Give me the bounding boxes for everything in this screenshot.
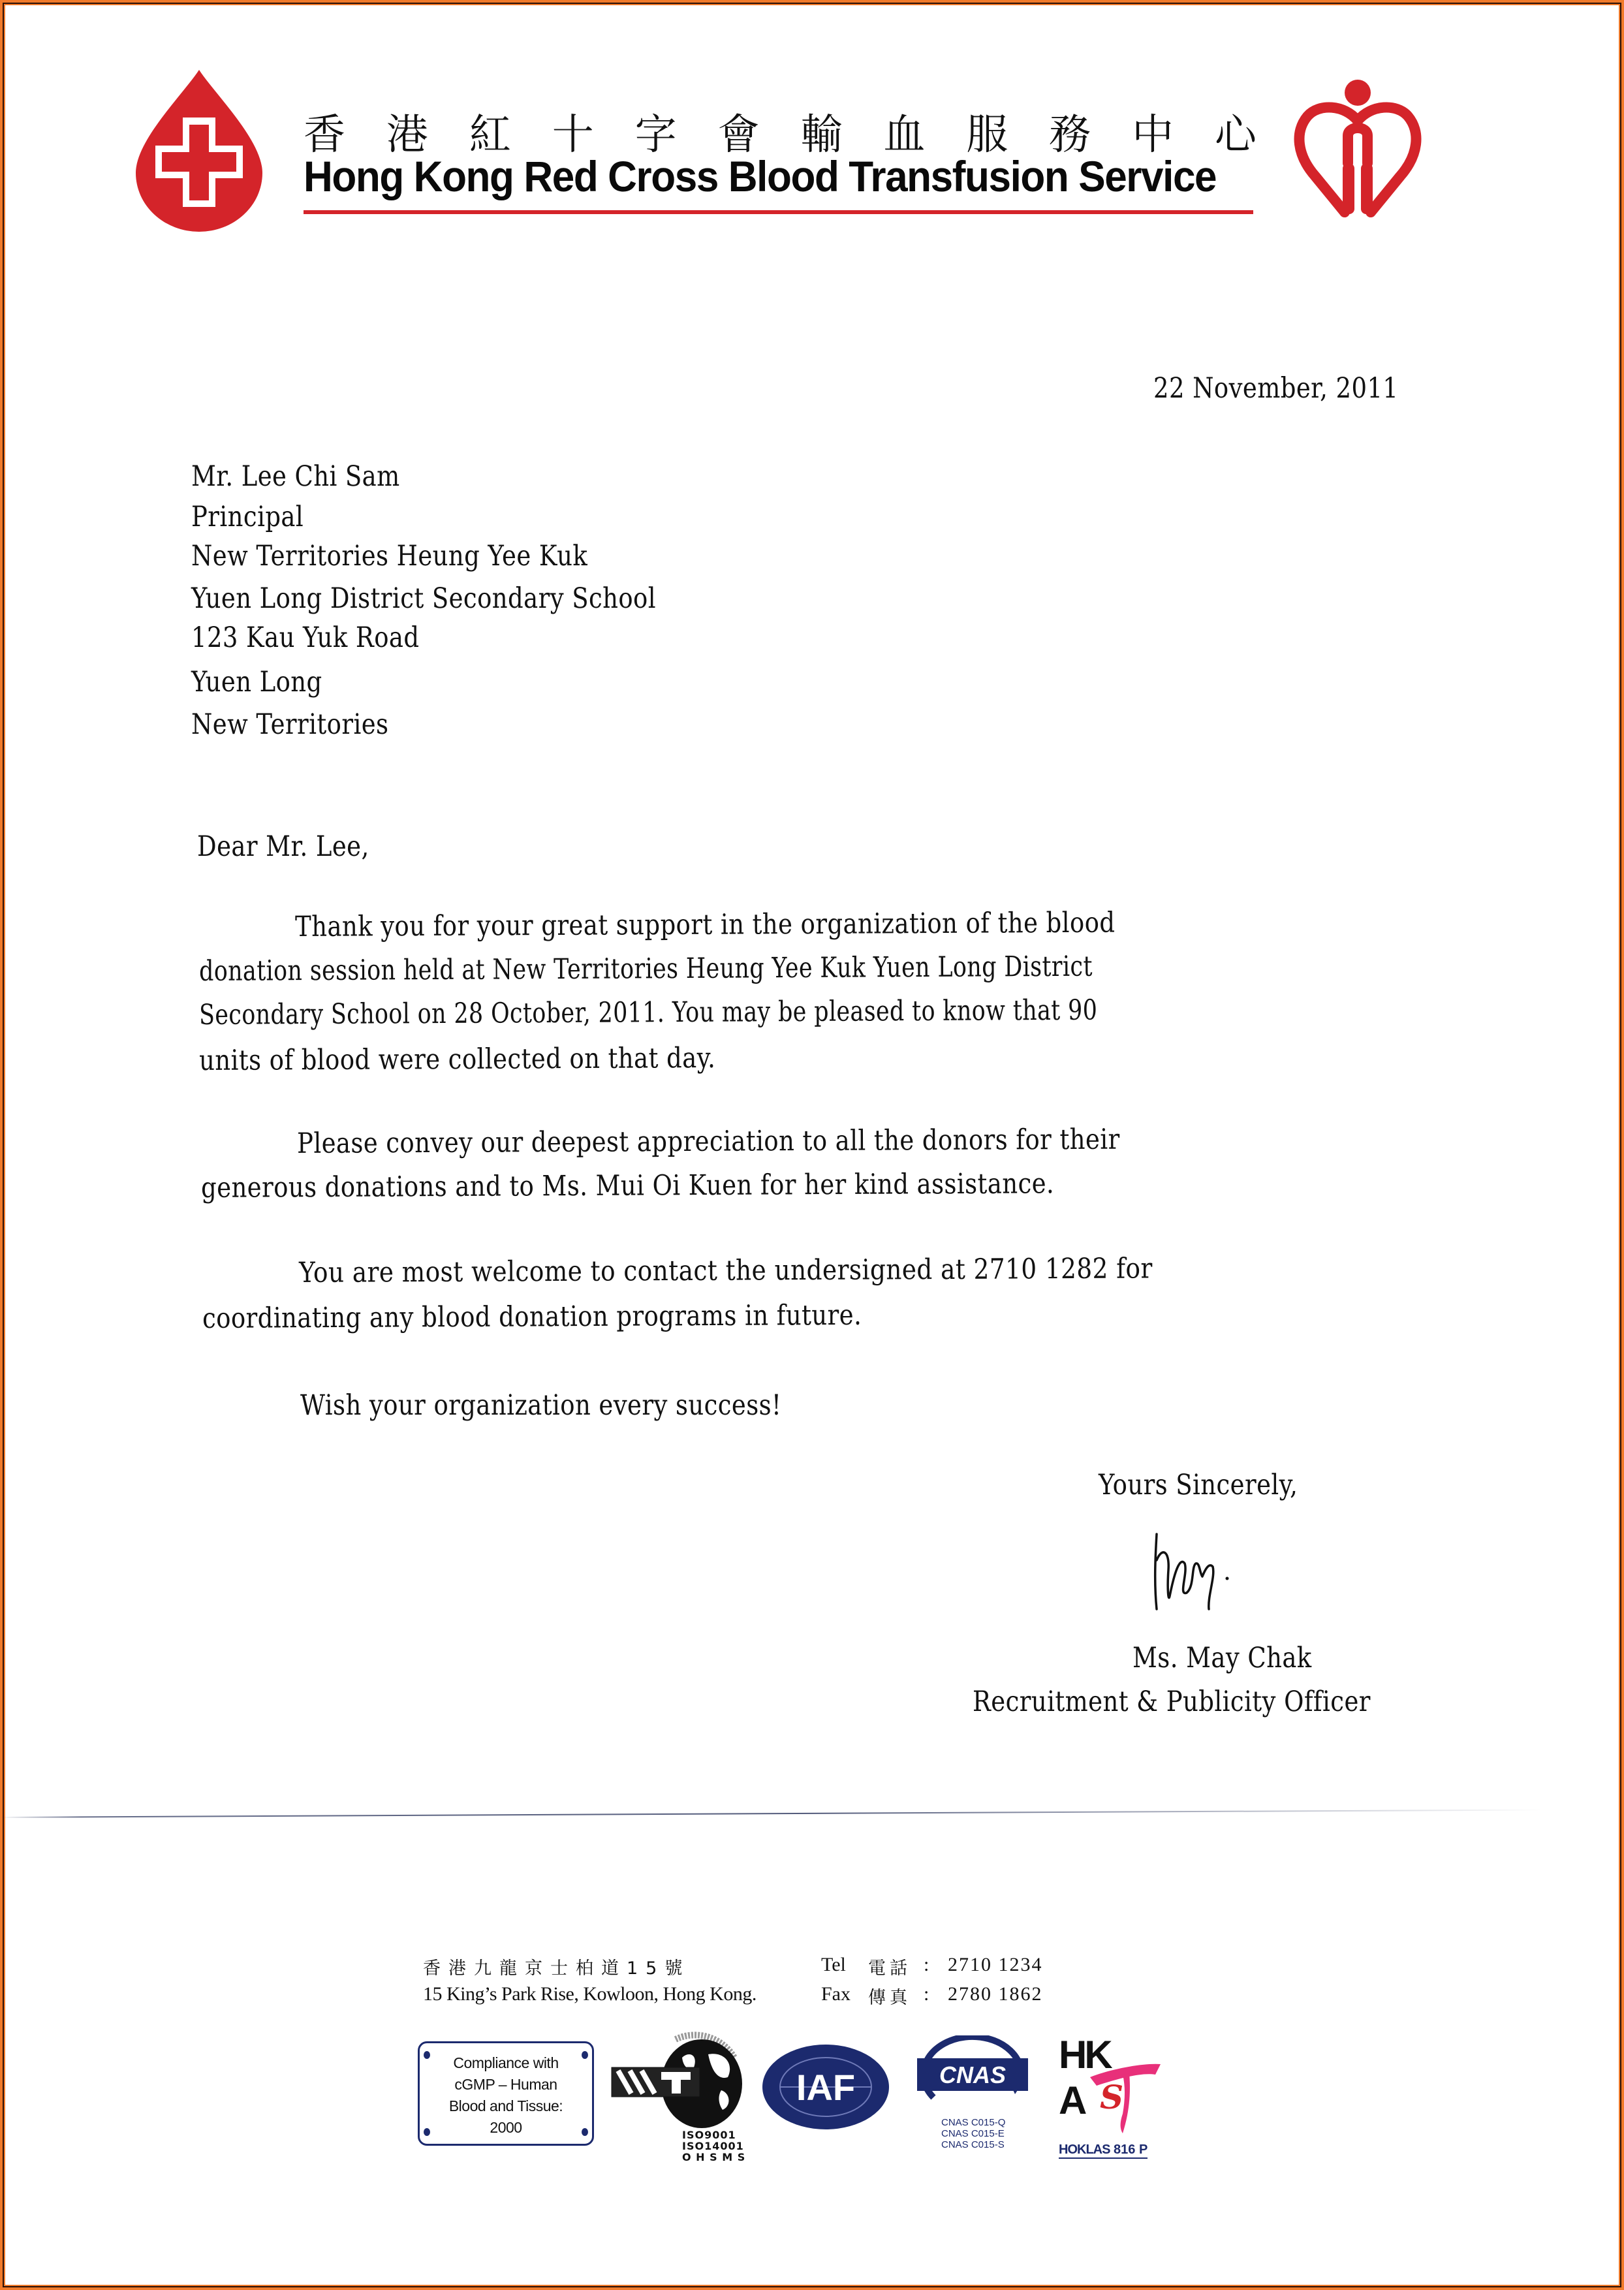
svg-text:A: A bbox=[1059, 2078, 1087, 2122]
paragraph-2-line: Please convey our deepest appreciation t… bbox=[297, 1123, 1120, 1160]
iso-label: ISO9001 bbox=[682, 2129, 745, 2141]
iso-certification-logo: ISO9001 ISO14001 O H S M S bbox=[610, 2031, 747, 2162]
cgmp-line: 2000 bbox=[420, 2117, 592, 2139]
cgmp-line: Compliance with bbox=[420, 2052, 592, 2074]
svg-text:S: S bbox=[1100, 2078, 1123, 2116]
iso-label: ISO14001 bbox=[682, 2141, 745, 2152]
signer-name: Ms. May Chak bbox=[1132, 1642, 1312, 1674]
fax-number: 2780 1862 bbox=[948, 1983, 1043, 2005]
hkas-logo: HK A S HOKLAS 816 P bbox=[1057, 2037, 1175, 2167]
hoklas-label: HOKLAS bbox=[1059, 2142, 1110, 2157]
recipient-line: Yuen Long District Secondary School bbox=[191, 582, 656, 615]
tel-label: Tel bbox=[821, 1954, 846, 1976]
letter-date: 22 November, 2011 bbox=[1153, 372, 1398, 405]
svg-text:HK: HK bbox=[1059, 2037, 1112, 2077]
org-char: 心 bbox=[1215, 101, 1257, 161]
cnas-code: CNAS C015-S bbox=[941, 2139, 1005, 2150]
recipient-line: 123 Kau Yuk Road bbox=[191, 621, 419, 654]
recipient-line: Principal bbox=[191, 501, 304, 533]
cnas-code: CNAS C015-Q bbox=[941, 2117, 1005, 2128]
iso-label: O H S M S bbox=[682, 2152, 745, 2163]
blood-drop-red-cross-logo-icon bbox=[131, 69, 268, 232]
tel-label-chinese: 電話 bbox=[868, 1954, 911, 1979]
cnas-label: CNAS bbox=[914, 2062, 1031, 2089]
paragraph-3-line: coordinating any blood donation programs… bbox=[202, 1299, 862, 1335]
globe-icon bbox=[610, 2031, 747, 2129]
rivet-icon bbox=[424, 2051, 430, 2059]
tel-number: 2710 1234 bbox=[948, 1954, 1043, 1976]
hoklas-number: 816 P bbox=[1114, 2142, 1148, 2157]
rivet-icon bbox=[582, 2128, 588, 2136]
address-chinese: 香港九龍京士柏道15號 bbox=[423, 1954, 690, 1979]
recipient-line: New Territories bbox=[191, 708, 388, 741]
signer-title: Recruitment & Publicity Officer bbox=[973, 1686, 1371, 1718]
fax-label: Fax bbox=[821, 1983, 851, 2005]
header-rule bbox=[304, 210, 1253, 214]
paragraph-2-line: generous donations and to Ms. Mui Oi Kue… bbox=[201, 1167, 1054, 1204]
rivet-icon bbox=[582, 2051, 588, 2059]
paragraph-3-line: You are most welcome to contact the unde… bbox=[299, 1252, 1153, 1289]
tel-colon: : bbox=[924, 1954, 929, 1976]
paragraph-1-line: donation session held at New Territories… bbox=[199, 950, 1093, 988]
iaf-logo: IAF bbox=[760, 2041, 894, 2133]
signature-icon bbox=[1149, 1531, 1292, 1616]
paragraph-4-line: Wish your organization every success! bbox=[300, 1389, 781, 1422]
cnas-code: CNAS C015-E bbox=[941, 2128, 1005, 2139]
fax-label-chinese: 傳真 bbox=[868, 1983, 911, 2009]
recipient-line: Mr. Lee Chi Sam bbox=[191, 460, 400, 493]
recipient-line: New Territories Heung Yee Kuk bbox=[191, 540, 587, 572]
closing: Yours Sincerely, bbox=[1099, 1469, 1298, 1501]
recipient-line: Yuen Long bbox=[191, 666, 322, 698]
cnas-logo: CNAS CNAS C015-Q CNAS C015-E CNAS C015-S bbox=[914, 2035, 1031, 2159]
org-name-english: Hong Kong Red Cross Blood Transfusion Se… bbox=[304, 151, 1199, 201]
paragraph-1-line: units of blood were collected on that da… bbox=[199, 1042, 715, 1077]
fax-colon: : bbox=[924, 1983, 929, 2005]
address-english: 15 King’s Park Rise, Kowloon, Hong Kong. bbox=[423, 1983, 757, 2005]
paragraph-1-line: Thank you for your great support in the … bbox=[295, 907, 1116, 943]
hkas-emblem-icon: HK A S bbox=[1057, 2037, 1175, 2135]
salutation: Dear Mr. Lee, bbox=[197, 830, 369, 863]
cgmp-line: Blood and Tissue: bbox=[420, 2095, 592, 2117]
cgmp-line: cGMP – Human bbox=[420, 2074, 592, 2095]
iaf-label: IAF bbox=[760, 2066, 891, 2109]
paragraph-1-line: Secondary School on 28 October, 2011. Yo… bbox=[199, 994, 1097, 1031]
rivet-icon bbox=[424, 2128, 430, 2136]
heart-person-logo-icon bbox=[1289, 78, 1426, 222]
cgmp-compliance-badge: Compliance with cGMP – Human Blood and T… bbox=[418, 2041, 594, 2146]
